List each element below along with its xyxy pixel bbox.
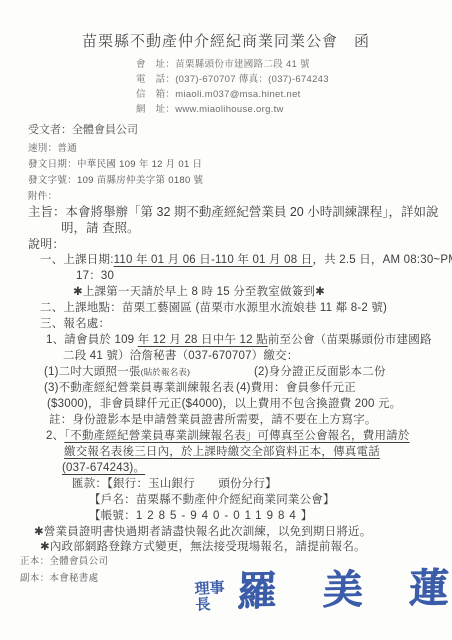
explanation-item-3-label: 三、報名處：	[40, 315, 110, 331]
explanation-label: 說明：	[28, 235, 65, 252]
expiry-warning-note: ✱營業員證明書快過期者請盡快報名此次訓練，以免到期日將近。	[34, 523, 371, 539]
photo-note-small: (貼於報名表)	[141, 367, 191, 377]
subject-text: 本會將舉辦「第 32 期不動產經紀營業員 20 小時訓練課程」，詳如說	[66, 205, 439, 219]
remittance-account-name-line: 【戶名：苗栗縣不動產仲介經紀商業同業公會】	[89, 491, 335, 507]
fee-item: (4)費用：會員參仟元正	[236, 379, 356, 395]
duplicate-copy-line: 副本：本會秘書處	[20, 570, 98, 584]
document-page: 苗栗縣不動產仲介經紀商業同業公會 函 會 址：苗栗縣頭份市建國路二段 41 號 …	[0, 0, 452, 640]
chairman-signature: 羅 美 蓮	[236, 556, 452, 617]
registration-sub2-line3: (037-674243)。	[62, 459, 145, 475]
chairman-title: 理事長	[194, 579, 232, 613]
fee-detail-line: ($3000)，非會員肆仟元正($4000)，以上費用不包含換證費 200 元。	[47, 395, 401, 411]
required-doc-2: (2)身分證正反面影本二份	[254, 363, 386, 379]
required-docs-row-2: (3)不動產經紀營業員專業訓練報名表(4)費用：會員參仟元正	[44, 379, 452, 395]
signin-note: ✱上課第一天請於早上 8 時 15 分至教室做簽到✱	[73, 283, 325, 299]
explanation-item-2: 二、上課地點：苗栗工藝園區 (苗栗市水源里水流娘巷 11 鄰 8-2 號)	[40, 299, 387, 315]
doc-number-line: 發文字號：109 苗縣房仲美字第 0180 號	[28, 172, 203, 186]
speed-line: 速別：普通	[28, 140, 77, 154]
subject-label: 主旨：	[28, 205, 66, 219]
contact-address: 會 址：苗栗縣頭份市建國路二段 41 號	[136, 57, 329, 72]
original-copy-line: 正本：全體會員公司	[20, 553, 108, 567]
document-title: 苗栗縣不動產仲介經紀商業同業公會 函	[0, 30, 452, 51]
remittance-account-number-line: 【帳號：1285-940-011984】	[89, 507, 312, 523]
contact-block: 會 址：苗栗縣頭份市建國路二段 41 號 電 話：(037)-670707 傳真…	[136, 57, 329, 117]
remittance-bank-line: 匯款：【銀行：玉山銀行 頭份分行】	[72, 475, 277, 491]
issue-date-line: 發文日期：中華民國 109 年 12 月 01 日	[28, 156, 202, 170]
subject-line-2: 明，請 查照。	[61, 218, 139, 236]
no-onsite-registration-note: ✱內政部網路登錄方式變更，無法接受現場報名，請提前報名。	[40, 538, 366, 554]
contact-email: 信 箱：miaoli.m037@msa.hinet.net	[136, 87, 329, 102]
id-copy-note: 註：身份證影本是申請營業員證書所需要，請不要在上方寫字。	[49, 411, 377, 427]
explanation-item-1: 一、上課日期:110 年 01 月 06 日-110 年 01 月 08 日，共…	[40, 251, 452, 267]
registration-sub1-line2: 二段 41 號）洽詹秘書（037-670707）繳交：	[63, 347, 298, 363]
registration-sub2-line1: 2、「不動產經紀營業員專業訓練報名表」可傳真至公會報名，費用請於	[46, 427, 410, 443]
deadline-underlined: 年 12 月 28 日中午 12 點	[138, 334, 268, 346]
account-number: 1285-940-011984	[136, 510, 301, 522]
attachment-line: 附件：	[28, 188, 57, 202]
explanation-item-1-cont: 17：30	[76, 267, 114, 283]
signature-block: 理事長 羅 美 蓮	[195, 556, 425, 626]
contact-phone: 電 話：(037)-670707 傳真：(037)-674243	[136, 72, 329, 87]
registration-sub1-line1: 1、請會員於 109 年 12 月 28 日中午 12 點前至公會（苗栗縣頭份市…	[46, 331, 432, 347]
course-dates-underlined: 110 年 01 月 06 日-110 年 01 月 08 日	[114, 254, 313, 266]
registration-sub2-line2: 繳交報名表後三日內，於上課時繳交全部資料正本，傳真電話	[64, 443, 380, 459]
recipient-line: 受文者：全體會員公司	[28, 121, 138, 137]
contact-website: 網 址：www.miaolihouse.org.tw	[136, 102, 329, 117]
required-docs-row-1: (1)二吋大頭照一張(貼於報名表)(2)身分證正反面影本二份	[44, 363, 452, 379]
